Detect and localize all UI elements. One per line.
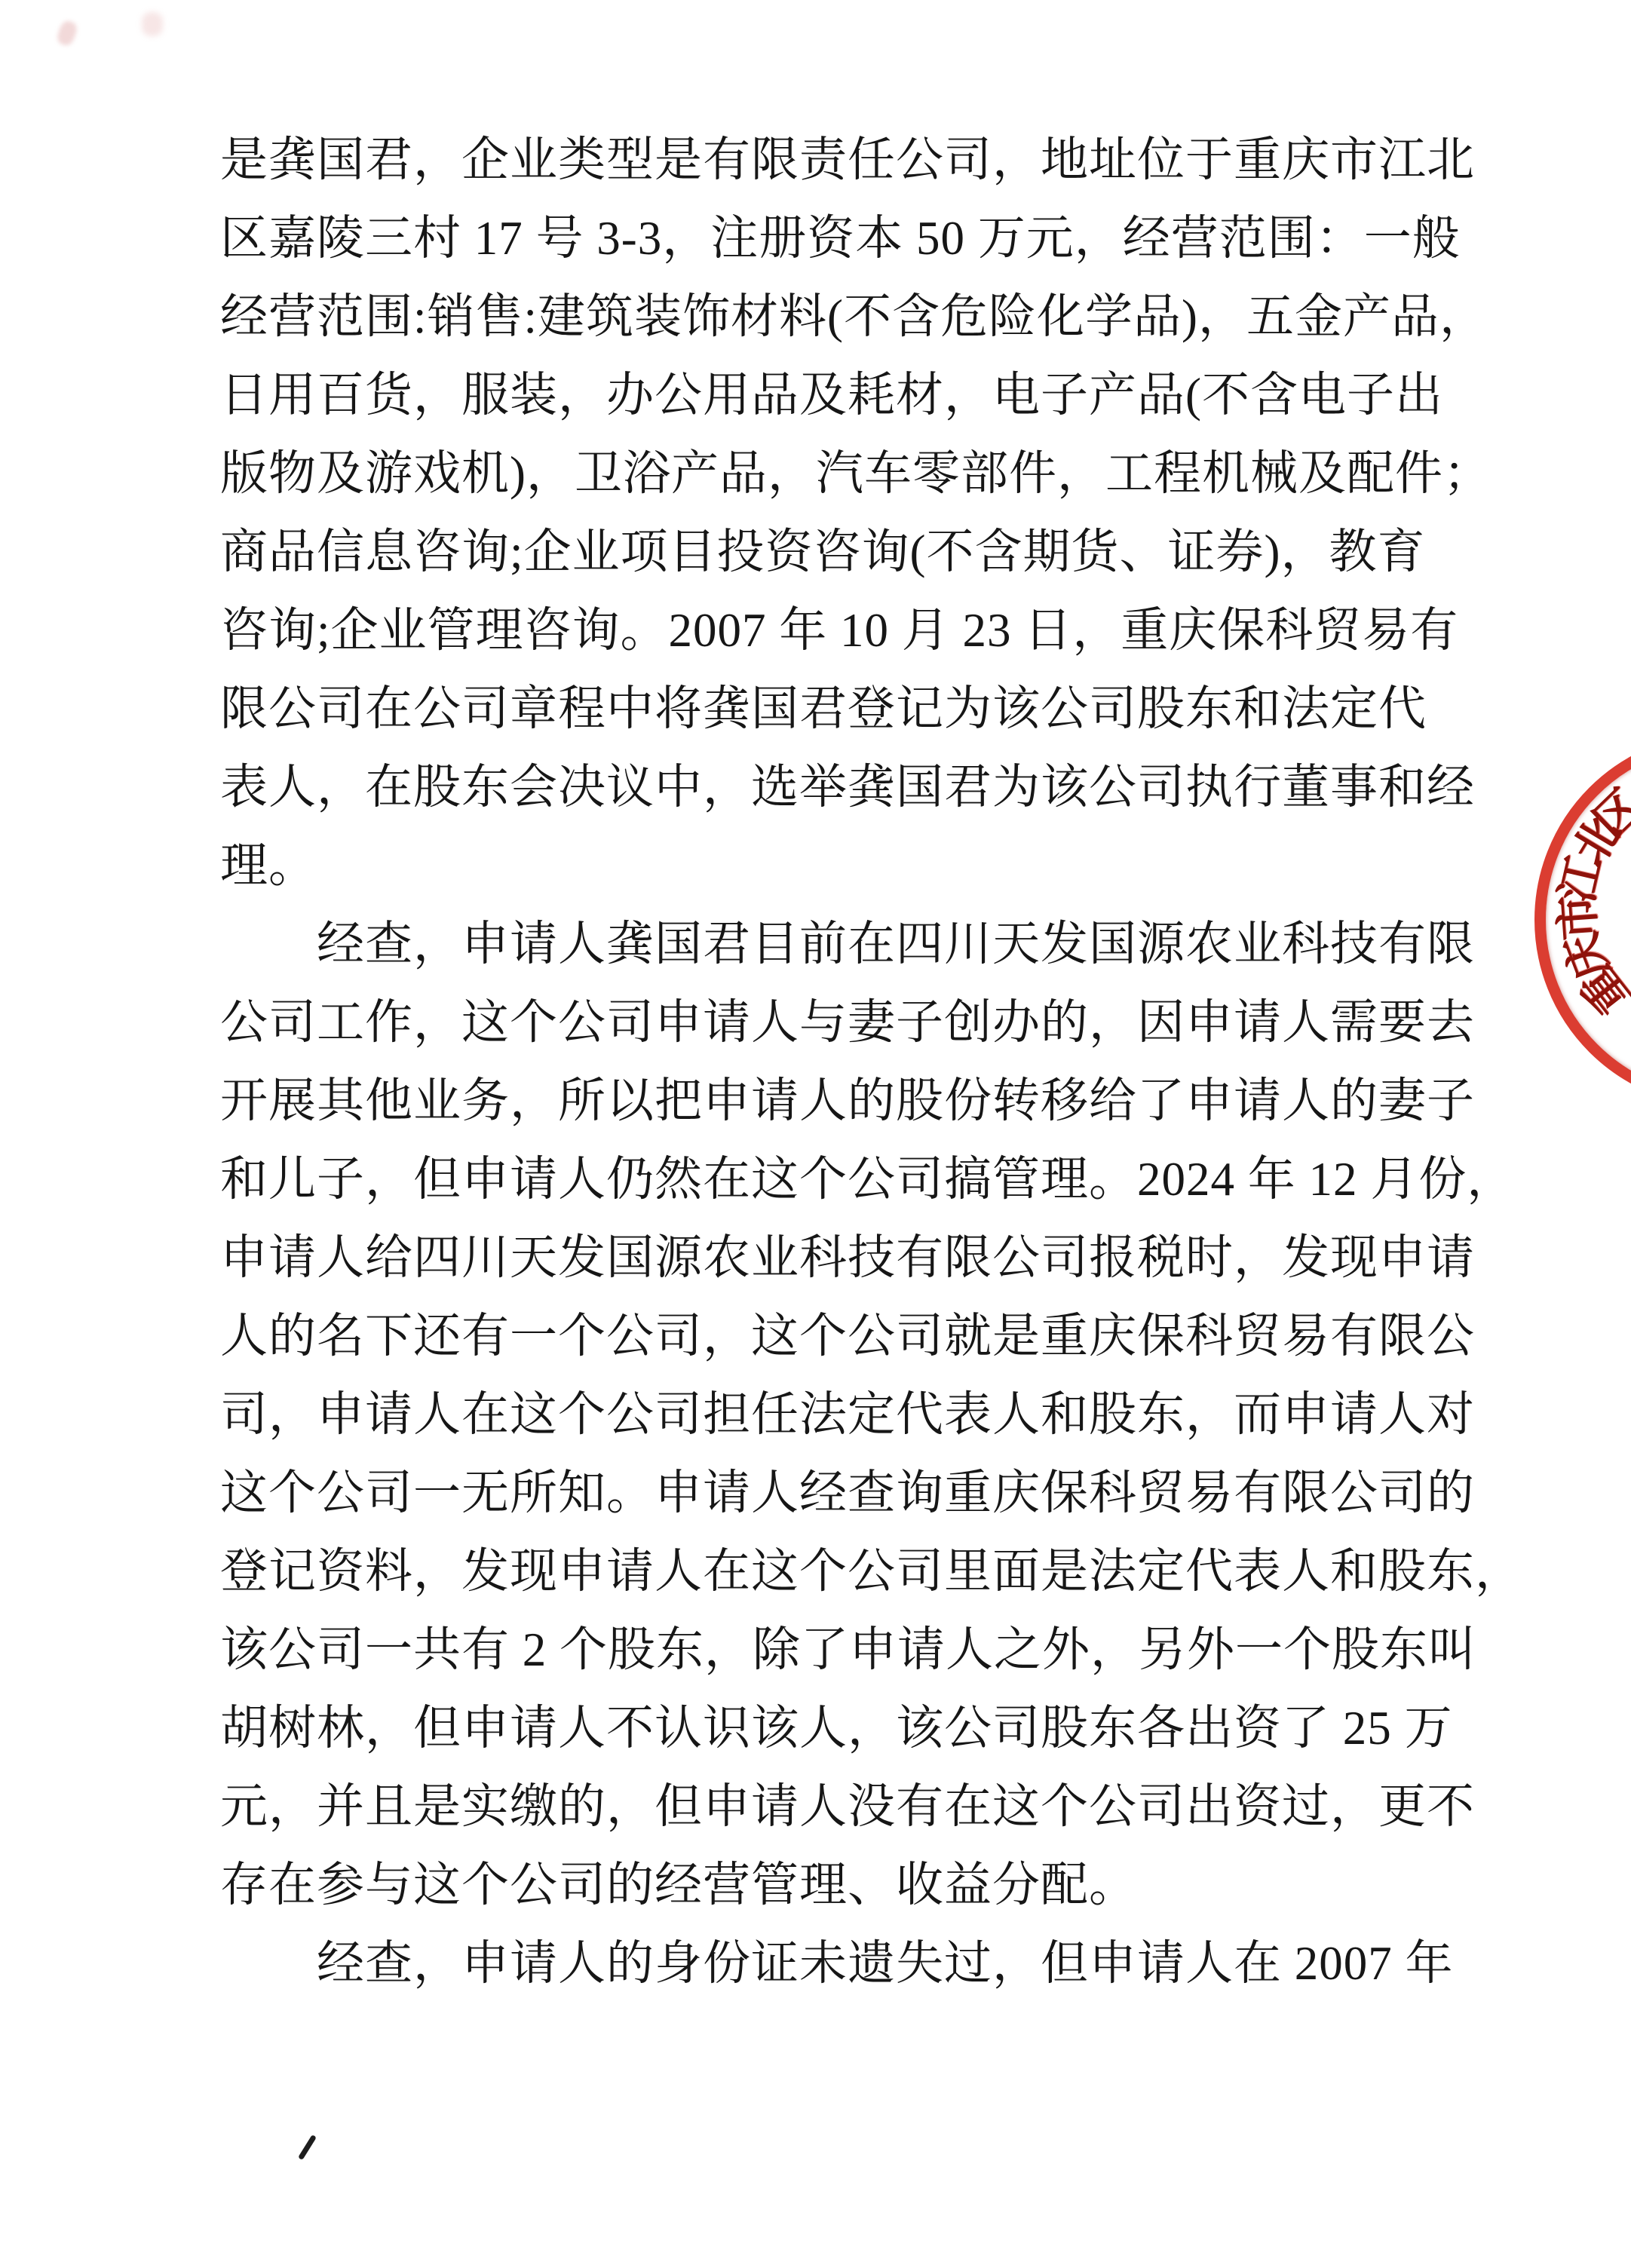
text-line: 版物及游戏机)，卫浴产品，汽车零部件，工程机械及配件； — [220, 434, 1484, 513]
text-line: 司，申请人在这个公司担任法定代表人和股东，而申请人对 — [220, 1375, 1484, 1454]
seal-character: 庆 — [1553, 922, 1621, 990]
text-line: 胡树林，但申请人不认识该人，该公司股东各出资了 25 万 — [220, 1689, 1484, 1767]
text-line: 存在参与这个公司的经营管理、收益分配。 — [220, 1846, 1484, 1924]
text-line: 人的名下还有一个公司，这个公司就是重庆保科贸易有限公 — [220, 1297, 1484, 1375]
text-line: 和儿子，但申请人仍然在这个公司搞管理。2024 年 12 月份， — [220, 1140, 1484, 1218]
text-line: 限公司在公司章程中将龚国君登记为该公司股东和法定代 — [220, 670, 1484, 748]
seal-character: 重 — [1569, 953, 1631, 1027]
seal-character: 江 — [1550, 847, 1613, 911]
text-line: 日用百货，服装，办公用品及耗材，电子产品(不含电子出 — [220, 356, 1484, 434]
text-line: 申请人给四川天发国源农业科技有限公司报税时，发现申请 — [220, 1218, 1484, 1297]
text-line: 是龚国君，企业类型是有限责任公司，地址位于重庆市江北 — [220, 121, 1484, 199]
text-line: 登记资料，发现申请人在这个公司里面是法定代表人和股东， — [220, 1532, 1484, 1611]
seal-character: 区 — [1581, 777, 1631, 851]
text-line-paragraph-start: 经查，申请人的身份证未遗失过，但申请人在 2007 年 — [220, 1924, 1484, 2003]
pen-mark — [298, 2135, 317, 2160]
ink-smudge — [55, 19, 79, 48]
seal-character: 北 — [1561, 805, 1631, 877]
text-line: 公司工作，这个公司申请人与妻子创办的，因申请人需要去 — [220, 983, 1484, 1062]
text-line-paragraph-start: 经查，申请人龚国君目前在四川天发国源农业科技有限 — [220, 905, 1484, 983]
seal-ring-icon — [1534, 733, 1631, 1107]
text-line: 表人，在股东会决议中，选举龚国君为该公司执行董事和经 — [220, 748, 1484, 826]
text-line: 这个公司一无所知。申请人经查询重庆保科贸易有限公司的 — [220, 1454, 1484, 1532]
text-line: 咨询;企业管理咨询。2007 年 10 月 23 日，重庆保科贸易有 — [220, 591, 1484, 670]
text-line: 开展其他业务，所以把申请人的股份转移给了申请人的妻子 — [220, 1062, 1484, 1140]
text-line: 该公司一共有 2 个股东，除了申请人之外，另外一个股东叫 — [220, 1611, 1484, 1689]
text-line: 商品信息咨询;企业项目投资咨询(不含期货、证券)，教育 — [220, 513, 1484, 591]
text-line: 理。 — [220, 826, 1484, 905]
text-line: 区嘉陵三村 17 号 3-3，注册资本 50 万元，经营范围：一般 — [220, 199, 1484, 277]
ink-smudge — [142, 12, 163, 36]
text-line: 元，并且是实缴的，但申请人没有在这个公司出资过，更不 — [220, 1767, 1484, 1846]
text-line: 经营范围:销售:建筑装饰材料(不含危险化学品)，五金产品， — [220, 277, 1484, 356]
scanned-document-page: 是龚国君，企业类型是有限责任公司，地址位于重庆市江北 区嘉陵三村 17 号 3-… — [0, 0, 1631, 2268]
document-text: 是龚国君，企业类型是有限责任公司，地址位于重庆市江北 区嘉陵三村 17 号 3-… — [220, 121, 1484, 2003]
seal-character: 市 — [1550, 890, 1607, 946]
